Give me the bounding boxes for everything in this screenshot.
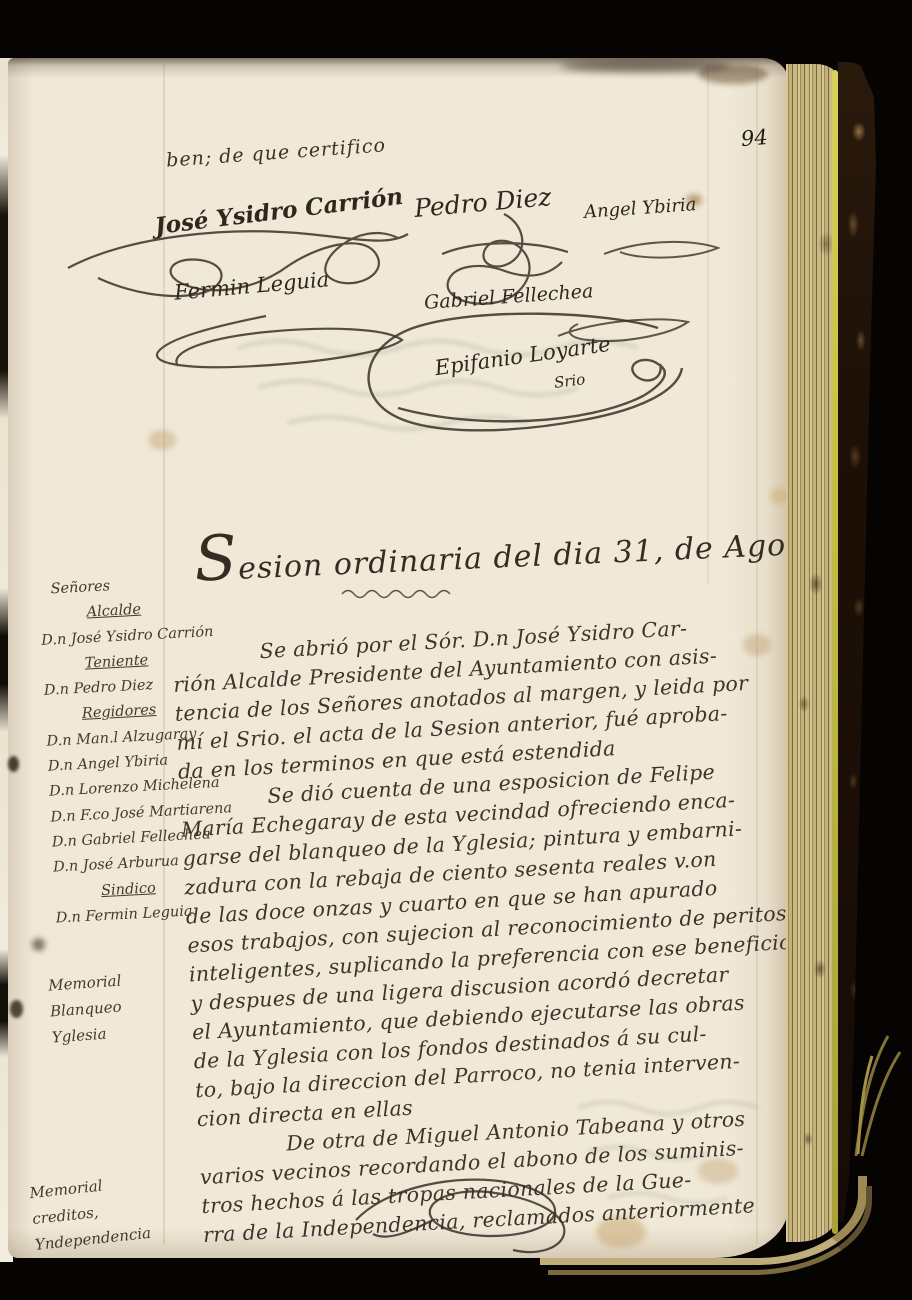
signature-carrion-rubric (58, 206, 418, 316)
margin-note-line: Blanqueo (49, 993, 124, 1024)
page-number: 94 (740, 125, 769, 151)
ink-spot (32, 938, 45, 951)
foxing-spot (148, 430, 176, 450)
session-body: Se abrió por el Sór. D.n José Ysidro Car… (171, 607, 848, 1250)
signature-ybiria-rubric (596, 230, 726, 266)
previous-act-closing: ben; de que certifico (166, 134, 387, 171)
margin-note-line: Yglesia (51, 1019, 126, 1050)
title-underline-squiggle (338, 586, 468, 602)
signature-ybiria: Angel Ybiria (583, 194, 697, 223)
cover-frayed-tuft (848, 1028, 908, 1158)
fore-edge-highlight (832, 70, 838, 1234)
ink-blot (8, 756, 19, 772)
ink-blot (10, 1000, 23, 1018)
manuscript-photo: ben; de que certifico José Ysidro Carrió… (0, 0, 912, 1300)
page-sheet: ben; de que certifico José Ysidro Carrió… (8, 58, 788, 1258)
signature-loyarte-oval (358, 310, 693, 445)
margin-note-independencia: Memorial creditos, Yndependencia (28, 1168, 152, 1258)
edge-shadow (560, 60, 730, 72)
session-title: Sesion ordinaria del dia 31, de Agosto (193, 497, 776, 595)
margin-note-blanqueo: Memorial Blanqueo Yglesia (47, 968, 125, 1051)
